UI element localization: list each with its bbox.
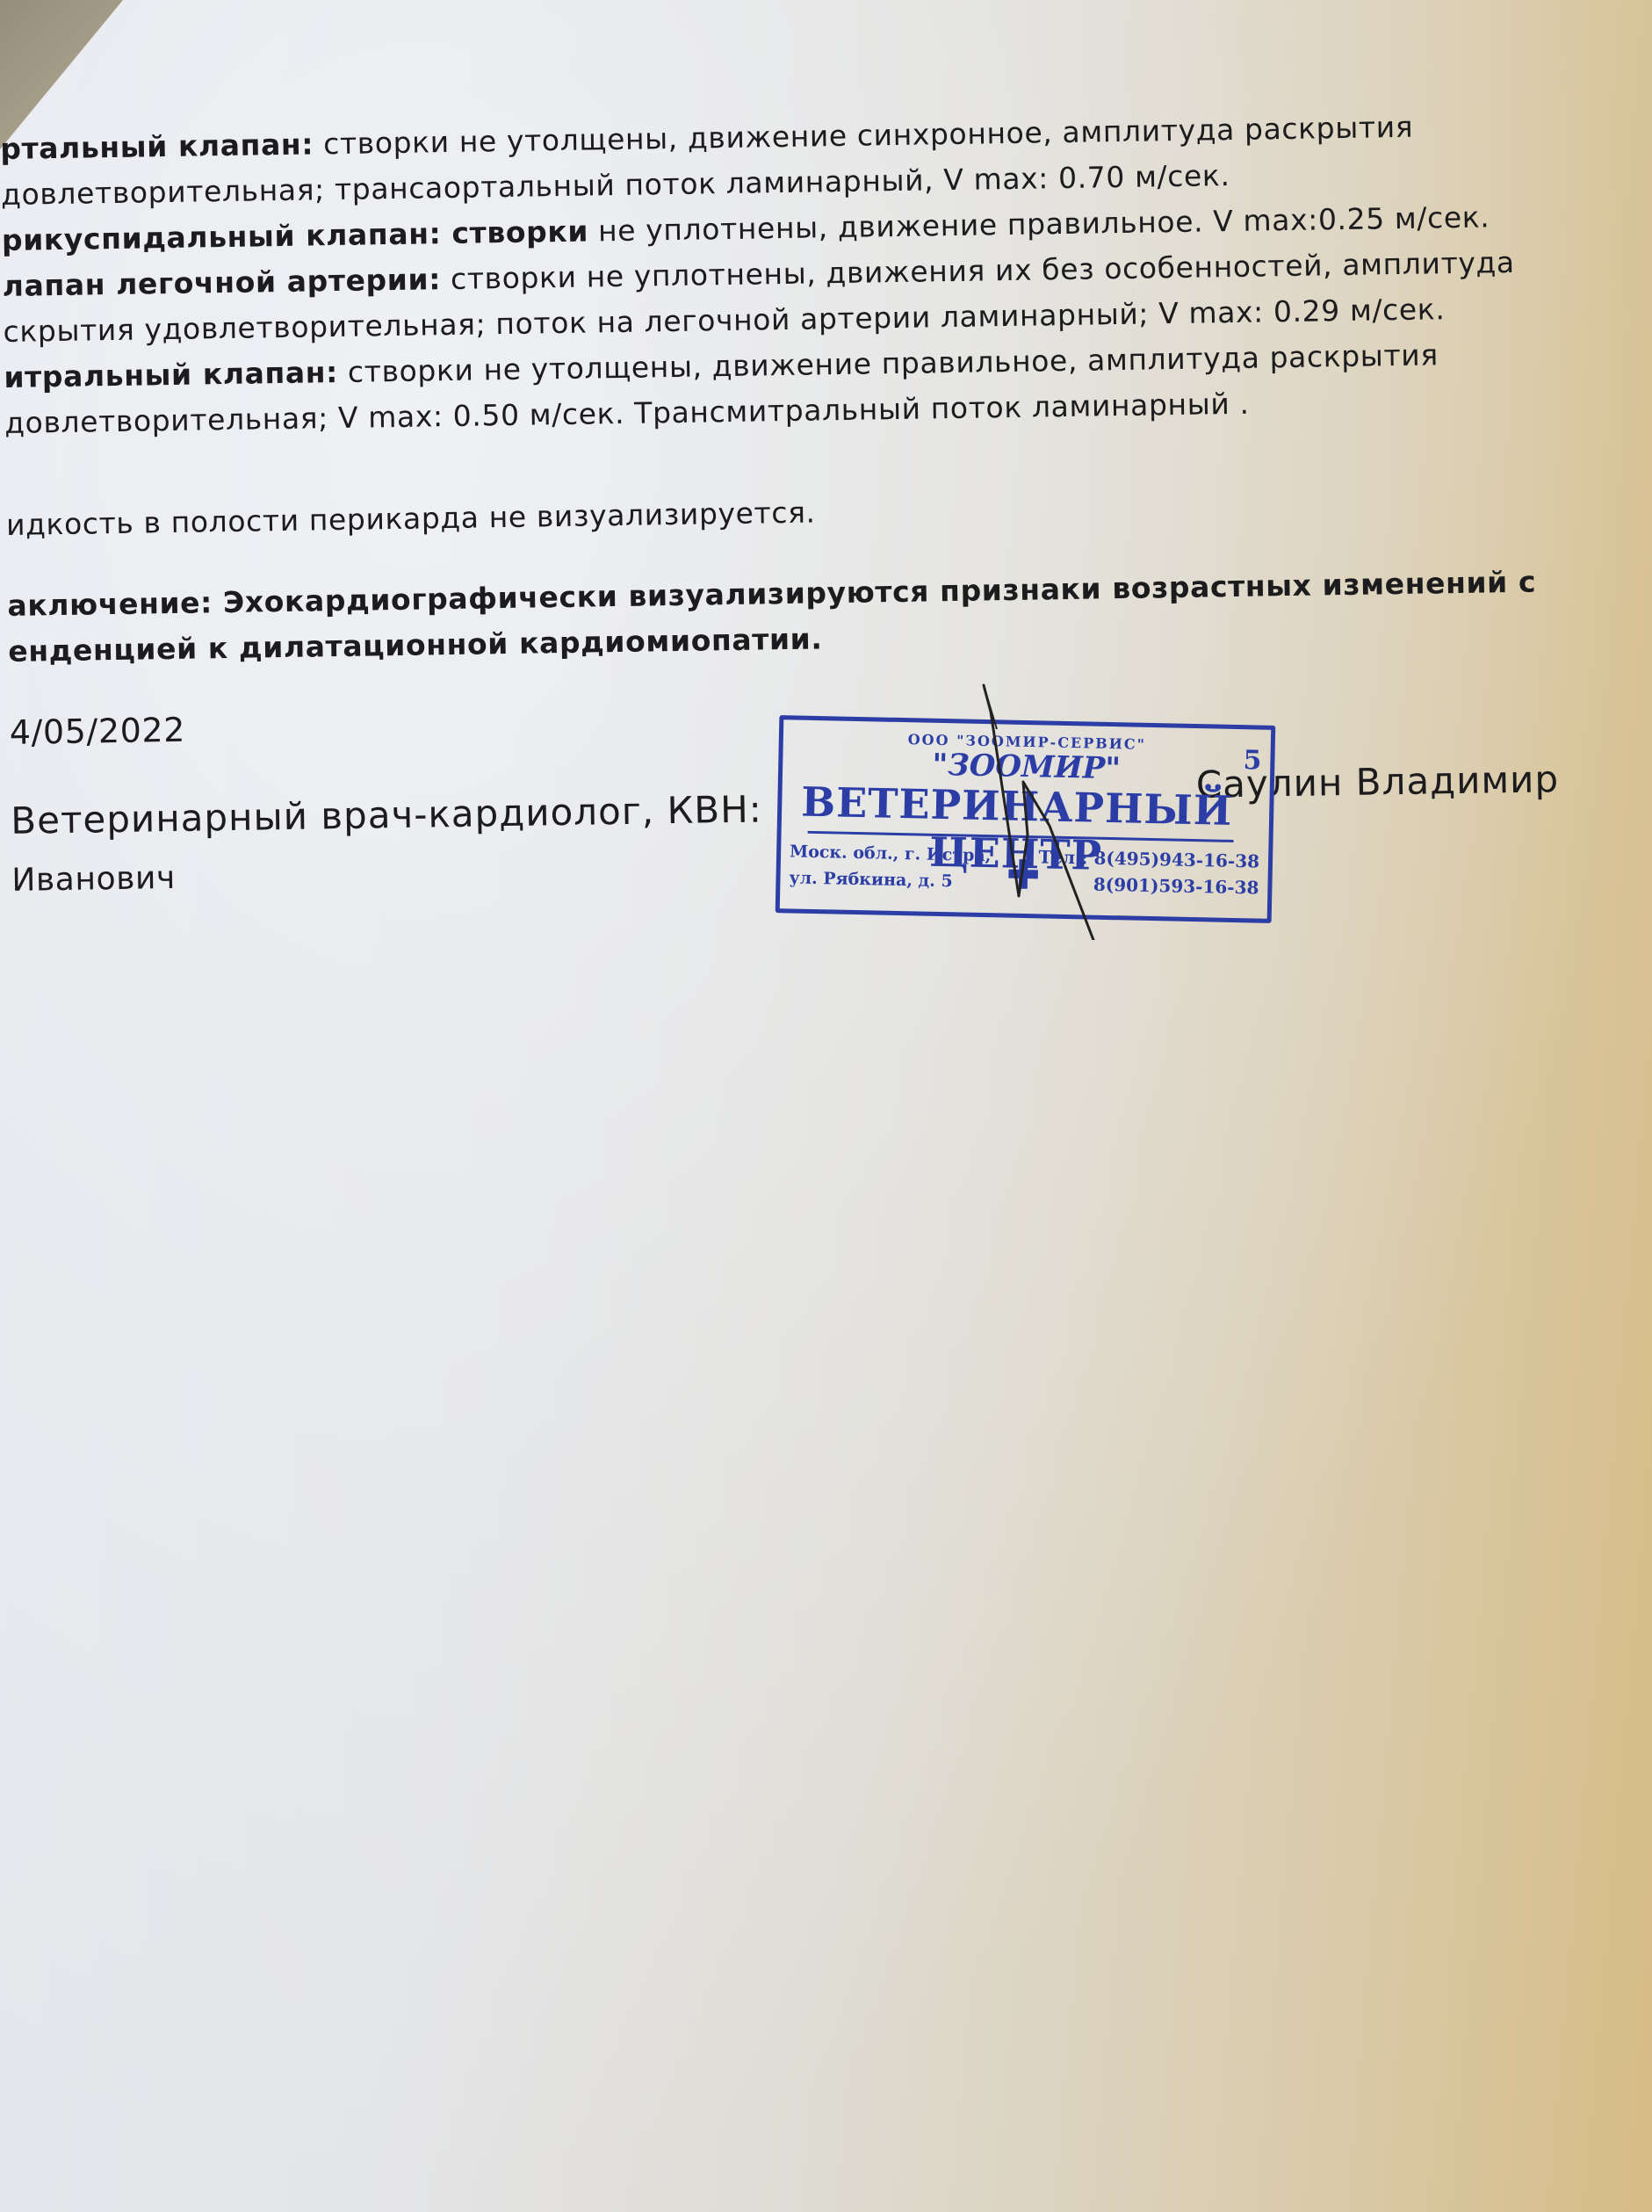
handwritten-signature-icon bbox=[966, 676, 1142, 940]
report-date: 4/05/2022 bbox=[9, 711, 185, 752]
label-pulmonary-valve: лапан легочной артерии: bbox=[2, 262, 441, 303]
label-aortic-valve: ртальный клапан: bbox=[0, 127, 314, 166]
stamp-address-line-1: Моск. обл., г. Истра, bbox=[790, 838, 992, 869]
stamp-address-line-2: ул. Рябкина, д. 5 bbox=[789, 864, 991, 895]
stamp-address: Моск. обл., г. Истра, ул. Рябкина, д. 5 bbox=[789, 838, 991, 895]
signature-patronymic: Иванович bbox=[11, 860, 176, 899]
stamp-number: 5 bbox=[1243, 745, 1262, 776]
label-mitral-valve: итральный клапан: bbox=[4, 355, 338, 394]
